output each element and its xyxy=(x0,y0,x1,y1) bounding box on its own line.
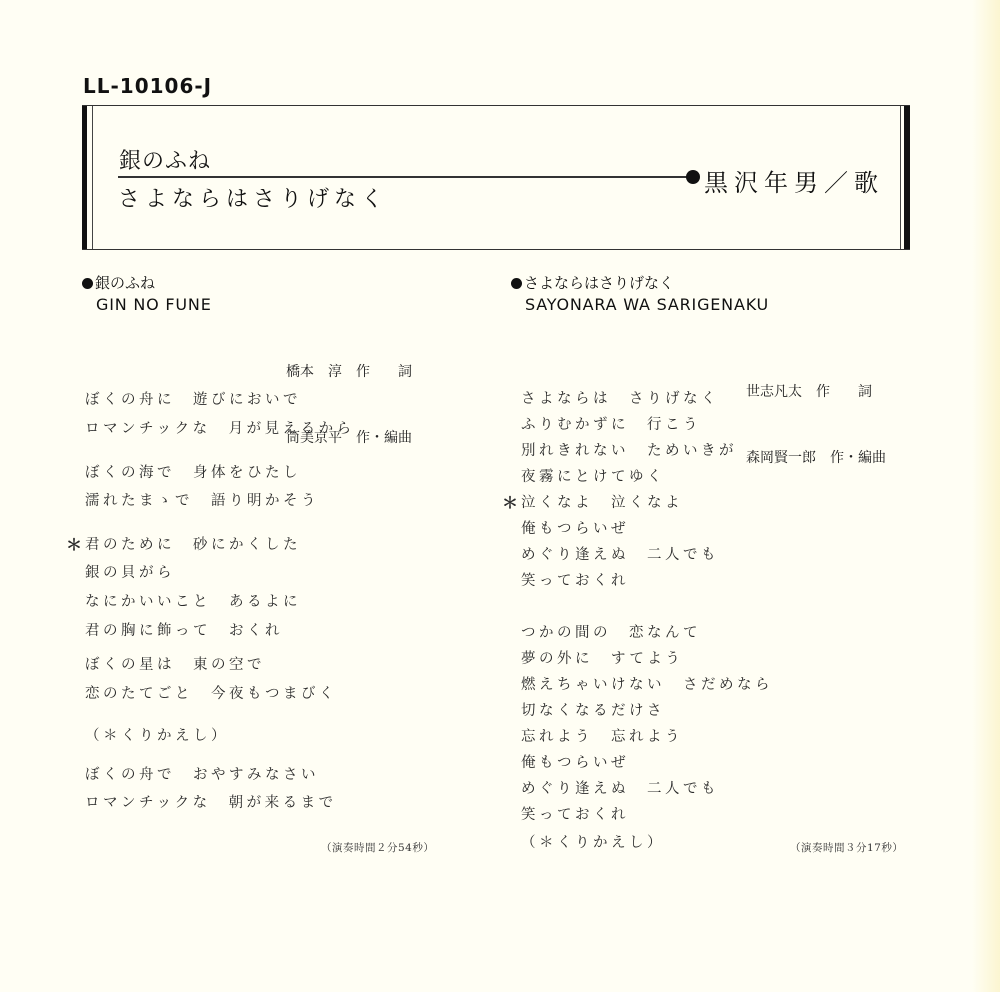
bullet-dot-icon xyxy=(686,170,700,184)
catalog-number: LL-10106-J xyxy=(83,74,212,98)
lyric-line: めぐり逢えぬ 二人でも xyxy=(521,777,719,798)
song-title-romaji: SAYONARA WA SARIGENAKU xyxy=(525,295,769,315)
lyric-line: ぼくの星は 東の空で xyxy=(85,653,265,674)
lyric-line: 別れきれない ためいきが xyxy=(521,439,737,460)
lyric-line: 俺もつらいぜ xyxy=(521,751,629,772)
lyric-line: ぼくの舟に 遊びにおいで xyxy=(85,388,301,409)
box-song-title-b: さよならはさりげなく xyxy=(118,182,388,213)
lyric-line: 俺もつらいぜ xyxy=(521,517,629,538)
composer-credit: 森岡賢一郎 作・編曲 xyxy=(746,447,886,469)
lyric-line: 夢の外に すてよう xyxy=(521,647,683,668)
artist-credit: 黒沢年男／歌 xyxy=(704,163,884,198)
lyricist-credit: 世志凡太 作 詞 xyxy=(746,381,886,403)
lyric-line: 忘れよう 忘れよう xyxy=(521,725,683,746)
song-title-romaji: GIN NO FUNE xyxy=(96,295,212,315)
lyricist-credit: 橋本 淳 作 詞 xyxy=(286,361,412,383)
lyric-line: 笑っておくれ xyxy=(521,569,629,590)
lyric-line: 燃えちゃいけない さだめなら xyxy=(521,673,773,694)
page-edge-shading xyxy=(972,0,1000,992)
play-time-2: （演奏時間３分17秒） xyxy=(790,840,903,855)
song-title-jp: さよならはさりげなく xyxy=(524,274,674,292)
lyric-line: 恋のたてごと 今夜もつまびく xyxy=(85,682,337,703)
lyric-line: なにかいいこと あるよに xyxy=(85,590,301,611)
box-song-title-a: 銀のふね xyxy=(119,144,211,175)
box-thin-rule-left xyxy=(92,106,93,249)
lyric-line: ぼくの海で 身体をひたし xyxy=(85,461,301,482)
box-thick-rule-right xyxy=(904,106,910,249)
box-thin-rule-right xyxy=(900,106,901,249)
lyric-line: ＊君のために 砂にかくした xyxy=(85,533,301,554)
lyric-line: 笑っておくれ xyxy=(521,803,629,824)
song-title-jp: 銀のふね xyxy=(95,274,155,292)
bullet-dot-icon xyxy=(82,278,93,289)
bullet-dot-icon xyxy=(511,278,522,289)
title-box: 銀のふね さよならはさりげなく 黒沢年男／歌 xyxy=(82,105,910,250)
lyric-line: ロマンチックな 朝が来るまで xyxy=(85,791,337,812)
lyric-line: ＊泣くなよ 泣くなよ xyxy=(521,491,683,512)
song-heading-1: 銀のふね GIN NO FUNE xyxy=(82,273,212,315)
lyric-line: ふりむかずに 行こう xyxy=(521,413,701,434)
box-connector-line xyxy=(118,176,688,178)
lyric-line: ぼくの舟で おやすみなさい xyxy=(85,763,319,784)
lyric-line: （＊くりかえし） xyxy=(521,831,665,852)
song-heading-2: さよならはさりげなく SAYONARA WA SARIGENAKU xyxy=(511,273,769,315)
lyric-line: ロマンチックな 月が見えるから xyxy=(85,417,355,438)
lyric-line: 濡れたまゝで 語り明かそう xyxy=(85,489,319,510)
lyric-line: （＊くりかえし） xyxy=(85,724,229,745)
lyric-line: つかの間の 恋なんて xyxy=(521,621,701,642)
lyric-line: 銀の貝がら xyxy=(85,561,175,582)
lyric-line: 夜霧にとけてゆく xyxy=(521,465,665,486)
play-time-1: （演奏時間２分54秒） xyxy=(321,840,434,855)
lyric-line: さよならは さりげなく xyxy=(521,387,719,408)
lyric-line: 切なくなるだけさ xyxy=(521,699,665,720)
song-credits-1: 橋本 淳 作 詞 筒美京平 作・編曲 xyxy=(286,317,412,471)
box-thick-rule-left xyxy=(82,106,87,249)
lyric-line: 君の胸に飾って おくれ xyxy=(85,619,283,640)
lyric-line: めぐり逢えぬ 二人でも xyxy=(521,543,719,564)
song-credits-2: 世志凡太 作 詞 森岡賢一郎 作・編曲 xyxy=(746,337,886,491)
